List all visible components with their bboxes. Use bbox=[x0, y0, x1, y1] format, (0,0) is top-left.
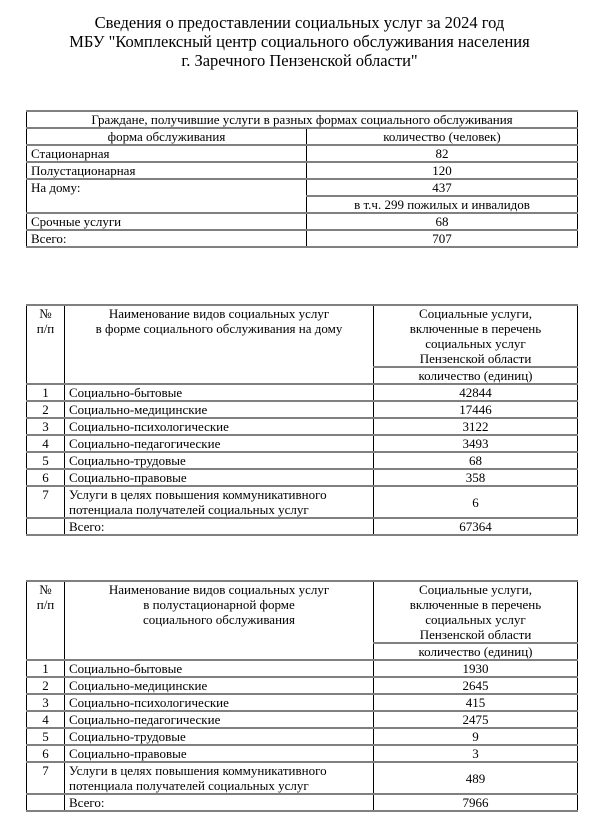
row-value: 42844 bbox=[374, 384, 578, 401]
table-row: 4 Социально-педагогические 3493 bbox=[27, 435, 578, 452]
header-unit: количество (единиц) bbox=[374, 643, 578, 660]
row-number: 5 bbox=[27, 452, 65, 469]
header-services-line: Пензенской области bbox=[378, 627, 573, 642]
header-service-name: Наименование видов социальных услуг в фо… bbox=[65, 305, 374, 384]
header-name-line: в полустационарной форме bbox=[69, 597, 369, 612]
table-row: 2 Социально-медицинские 2645 bbox=[27, 677, 578, 694]
row-value: 2645 bbox=[374, 677, 578, 694]
header-name-line: Наименование видов социальных услуг bbox=[69, 306, 369, 321]
row-value: 82 bbox=[307, 145, 578, 162]
header-number-line: п/п bbox=[31, 597, 60, 612]
row-value: 68 bbox=[307, 213, 578, 230]
title-line-1: Сведения о предоставлении социальных усл… bbox=[0, 13, 599, 32]
header-services-line: Социальные услуги, bbox=[378, 582, 573, 597]
table-row: На дому: 437 bbox=[27, 179, 578, 196]
table-row-total: Всего: 707 bbox=[27, 230, 578, 247]
header-services-list: Социальные услуги, включенные в перечень… bbox=[374, 305, 578, 367]
total-value: 707 bbox=[307, 230, 578, 247]
row-name: Социально-правовые bbox=[65, 469, 374, 486]
header-services-line: социальных услуг bbox=[378, 336, 573, 351]
row-label: На дому: bbox=[27, 179, 307, 213]
row-name: Социально-правовые bbox=[65, 745, 374, 762]
table-row: Срочные услуги 68 bbox=[27, 213, 578, 230]
row-number: 4 bbox=[27, 435, 65, 452]
row-number: 2 bbox=[27, 401, 65, 418]
table-row: 7 Услуги в целях повышения коммуникативн… bbox=[27, 762, 578, 794]
total-value: 7966 bbox=[374, 794, 578, 811]
row-number: 1 bbox=[27, 660, 65, 677]
row-value: 6 bbox=[374, 486, 578, 518]
row-number: 5 bbox=[27, 728, 65, 745]
header-services-line: Пензенской области bbox=[378, 351, 573, 366]
total-label: Всего: bbox=[65, 794, 374, 811]
header-name-line: Наименование видов социальных услуг bbox=[69, 582, 369, 597]
row-value: 1930 bbox=[374, 660, 578, 677]
total-value: 67364 bbox=[374, 518, 578, 535]
citizens-by-service-form-table: Граждане, получившие услуги в разных фор… bbox=[26, 110, 578, 248]
row-number: 6 bbox=[27, 469, 65, 486]
table-row: 3 Социально-психологические 415 bbox=[27, 694, 578, 711]
row-name: Социально-бытовые bbox=[65, 660, 374, 677]
header-number-line: п/п bbox=[31, 321, 60, 336]
row-subnote: в т.ч. 299 пожилых и инвалидов bbox=[307, 196, 578, 213]
row-label: Полустационарная bbox=[27, 162, 307, 179]
row-name: Социально-педагогические bbox=[65, 435, 374, 452]
header-unit: количество (единиц) bbox=[374, 367, 578, 384]
header-services-line: социальных услуг bbox=[378, 612, 573, 627]
table-row: 6 Социально-правовые 358 bbox=[27, 469, 578, 486]
row-number bbox=[27, 518, 65, 535]
row-value: 489 bbox=[374, 762, 578, 794]
table-row: 7 Услуги в целях повышения коммуникативн… bbox=[27, 486, 578, 518]
row-number: 2 bbox=[27, 677, 65, 694]
header-number-line: № bbox=[31, 306, 60, 321]
row-name: Социально-педагогические bbox=[65, 711, 374, 728]
row-name-line: потенциала получателей социальных услуг bbox=[69, 778, 369, 793]
table-row: 5 Социально-трудовые 9 bbox=[27, 728, 578, 745]
row-value: 68 bbox=[374, 452, 578, 469]
header-number: № п/п bbox=[27, 305, 65, 384]
header-name-line: в форме социального обслуживания на дому bbox=[69, 321, 369, 336]
header-name-line: социального обслуживания bbox=[69, 612, 369, 627]
row-value: 437 bbox=[307, 179, 578, 196]
row-value: 2475 bbox=[374, 711, 578, 728]
row-name: Социально-психологические bbox=[65, 694, 374, 711]
row-value: 3122 bbox=[374, 418, 578, 435]
header-services-line: включенные в перечень bbox=[378, 597, 573, 612]
row-value: 3493 bbox=[374, 435, 578, 452]
row-label: Срочные услуги bbox=[27, 213, 307, 230]
row-name: Социально-медицинские bbox=[65, 401, 374, 418]
table-row: Стационарная 82 bbox=[27, 145, 578, 162]
row-value: 3 bbox=[374, 745, 578, 762]
row-name: Социально-трудовые bbox=[65, 728, 374, 745]
table1-caption: Граждане, получившие услуги в разных фор… bbox=[27, 111, 578, 128]
row-number: 7 bbox=[27, 486, 65, 518]
table1-header-count: количество (человек) bbox=[307, 128, 578, 145]
row-number: 1 bbox=[27, 384, 65, 401]
table1-header-form: форма обслуживания bbox=[27, 128, 307, 145]
row-value: 120 bbox=[307, 162, 578, 179]
header-services-list: Социальные услуги, включенные в перечень… bbox=[374, 581, 578, 643]
row-name: Социально-трудовые bbox=[65, 452, 374, 469]
row-number: 7 bbox=[27, 762, 65, 794]
header-services-line: включенные в перечень bbox=[378, 321, 573, 336]
row-name: Социально-медицинские bbox=[65, 677, 374, 694]
table-row: 5 Социально-трудовые 68 bbox=[27, 452, 578, 469]
row-name: Социально-бытовые bbox=[65, 384, 374, 401]
table-row-total: Всего: 7966 bbox=[27, 794, 578, 811]
table-row-total: Всего: 67364 bbox=[27, 518, 578, 535]
header-number: № п/п bbox=[27, 581, 65, 660]
title-line-3: г. Заречного Пензенской области" bbox=[0, 51, 599, 70]
total-label: Всего: bbox=[65, 518, 374, 535]
table-row: Полустационарная 120 bbox=[27, 162, 578, 179]
row-name-line: потенциала получателей социальных услуг bbox=[69, 502, 369, 517]
row-number bbox=[27, 794, 65, 811]
table-row: 4 Социально-педагогические 2475 bbox=[27, 711, 578, 728]
row-number: 6 bbox=[27, 745, 65, 762]
row-value: 358 bbox=[374, 469, 578, 486]
title-line-2: МБУ "Комплексный центр социального обслу… bbox=[0, 32, 599, 51]
row-name: Услуги в целях повышения коммуникативног… bbox=[65, 486, 374, 518]
row-name: Услуги в целях повышения коммуникативног… bbox=[65, 762, 374, 794]
header-number-line: № bbox=[31, 582, 60, 597]
semi-stationary-services-table: № п/п Наименование видов социальных услу… bbox=[26, 580, 578, 812]
document-title: Сведения о предоставлении социальных усл… bbox=[0, 13, 599, 70]
row-name-line: Услуги в целях повышения коммуникативног… bbox=[69, 487, 369, 502]
row-label: Стационарная bbox=[27, 145, 307, 162]
home-services-table: № п/п Наименование видов социальных услу… bbox=[26, 304, 578, 536]
table-row: 6 Социально-правовые 3 bbox=[27, 745, 578, 762]
table-row: 1 Социально-бытовые 42844 bbox=[27, 384, 578, 401]
table-row: 1 Социально-бытовые 1930 bbox=[27, 660, 578, 677]
row-number: 3 bbox=[27, 694, 65, 711]
table-row: 3 Социально-психологические 3122 bbox=[27, 418, 578, 435]
row-value: 17446 bbox=[374, 401, 578, 418]
table-row: 2 Социально-медицинские 17446 bbox=[27, 401, 578, 418]
header-service-name: Наименование видов социальных услуг в по… bbox=[65, 581, 374, 660]
row-value: 415 bbox=[374, 694, 578, 711]
header-services-line: Социальные услуги, bbox=[378, 306, 573, 321]
row-name-line: Услуги в целях повышения коммуникативног… bbox=[69, 763, 369, 778]
row-name: Социально-психологические bbox=[65, 418, 374, 435]
row-number: 4 bbox=[27, 711, 65, 728]
row-number: 3 bbox=[27, 418, 65, 435]
total-label: Всего: bbox=[27, 230, 307, 247]
row-value: 9 bbox=[374, 728, 578, 745]
